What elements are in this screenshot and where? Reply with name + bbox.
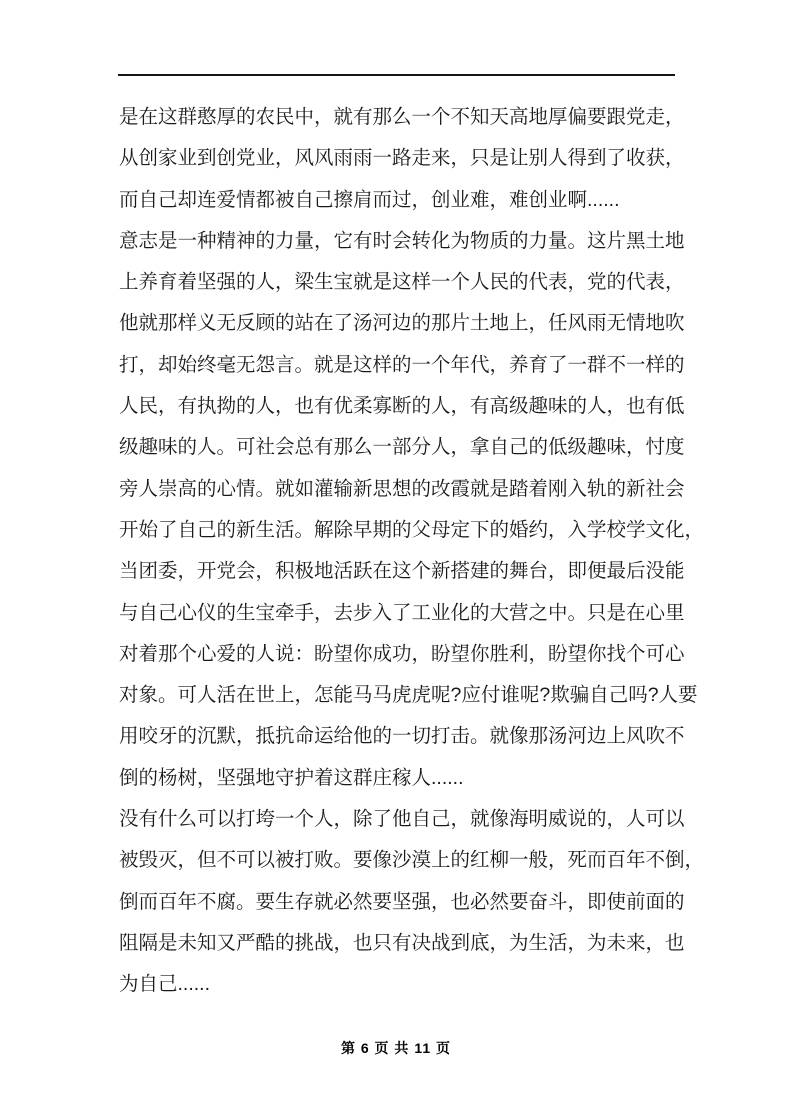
text-line: 上养育着坚强的人，梁生宝就是这样一个人民的代表，党的代表， xyxy=(119,262,669,303)
text-line: 从创家业到创党业，风风雨雨一路走来，只是让别人得到了收获， xyxy=(119,138,669,179)
page-number-label: 第 6 页 共 11 页 xyxy=(341,1040,451,1056)
text-line: 阻隔是未知又严酷的挑战，也只有决战到底，为生活，为未来，也 xyxy=(119,923,669,964)
text-line: 意志是一种精神的力量，它有时会转化为物质的力量。这片黑土地 xyxy=(119,221,669,262)
text-line: 对着那个心爱的人说：盼望你成功，盼望你胜利，盼望你找个可心 xyxy=(119,634,669,675)
text-line: 级趣味的人。可社会总有那么一部分人，拿自己的低级趣味，忖度 xyxy=(119,427,669,468)
text-line: 他就那样义无反顾的站在了汤河边的那片土地上，任风雨无情地吹 xyxy=(119,303,669,344)
text-line: 开始了自己的新生活。解除早期的父母定下的婚约，入学校学文化， xyxy=(119,510,669,551)
text-line: 倒的杨树，坚强地守护着这群庄稼人...... xyxy=(119,758,669,799)
text-line: 当团委，开党会，积极地活跃在这个新搭建的舞台，即便最后没能 xyxy=(119,551,669,592)
text-line: 人民，有执拗的人，也有优柔寡断的人，有高级趣味的人，也有低 xyxy=(119,386,669,427)
text-line: 用咬牙的沉默，抵抗命运给他的一切打击。就像那汤河边上风吹不 xyxy=(119,716,669,757)
text-line: 为自己...... xyxy=(119,964,669,1005)
text-line: 而自己却连爱情都被自己擦肩而过，创业难，难创业啊...... xyxy=(119,180,669,221)
text-line: 旁人崇高的心情。就如灌输新思想的改霞就是踏着刚入轨的新社会 xyxy=(119,469,669,510)
document-page: 是在这群憨厚的农民中，就有那么一个不知天高地厚偏要跟党走， 从创家业到创党业，风… xyxy=(0,0,792,1120)
text-line: 是在这群憨厚的农民中，就有那么一个不知天高地厚偏要跟党走， xyxy=(119,97,669,138)
header-rule-divider xyxy=(118,74,675,76)
page-footer: 第 6 页 共 11 页 xyxy=(0,1038,792,1058)
text-line: 对象。可人活在世上，怎能马马虎虎呢?应付谁呢?欺骗自己吗?人要 xyxy=(119,675,669,716)
text-line: 被毁灭，但不可以被打败。要像沙漠上的红柳一般，死而百年不倒， xyxy=(119,840,669,881)
text-line: 倒而百年不腐。要生存就必然要坚强，也必然要奋斗，即使前面的 xyxy=(119,882,669,923)
document-body: 是在这群憨厚的农民中，就有那么一个不知天高地厚偏要跟党走， 从创家业到创党业，风… xyxy=(119,97,669,1006)
text-line: 与自己心仪的生宝牵手，去步入了工业化的大营之中。只是在心里 xyxy=(119,593,669,634)
text-line: 打，却始终毫无怨言。就是这样的一个年代，养育了一群不一样的 xyxy=(119,345,669,386)
text-line: 没有什么可以打垮一个人，除了他自己，就像海明威说的，人可以 xyxy=(119,799,669,840)
